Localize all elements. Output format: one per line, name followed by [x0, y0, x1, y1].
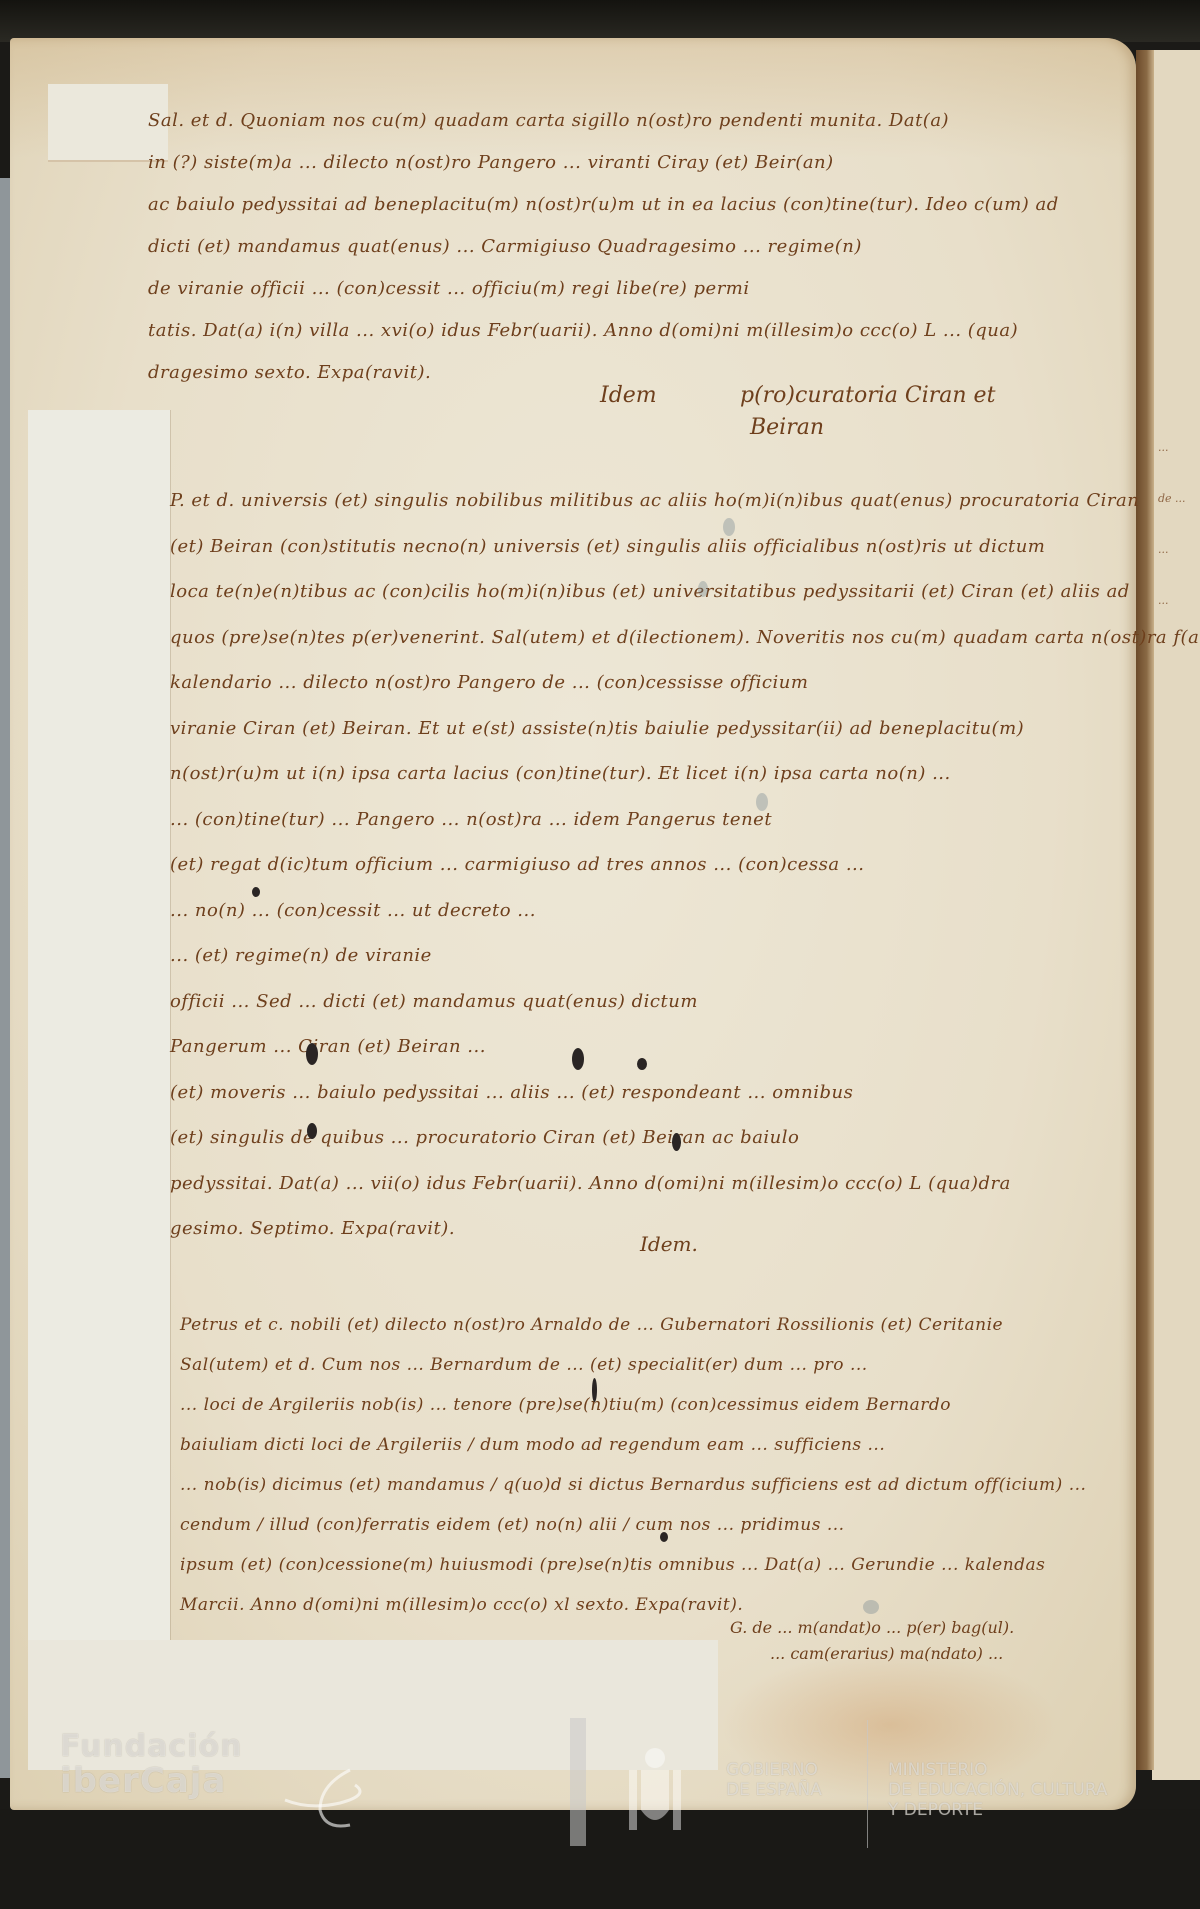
scanner-frame-bottom [0, 1809, 1200, 1909]
manuscript-line: officii ... Sed ... dicti (et) mandamus … [170, 979, 1110, 1025]
manuscript-entry-3: Petrus et c. nobili (et) dilecto n(ost)r… [180, 1305, 1110, 1625]
manuscript-line: Sal(utem) et d. Cum nos ... Bernardum de… [180, 1345, 1110, 1385]
manuscript-line: in (?) siste(m)a ... dilecto n(ost)ro Pa… [148, 142, 1098, 184]
manuscript-line: viranie Ciran (et) Beiran. Et ut e(st) a… [170, 706, 1110, 752]
adjacent-page [1152, 50, 1200, 1780]
ink-blot [660, 1532, 668, 1542]
book-gutter [1136, 50, 1154, 1770]
manuscript-line: tatis. Dat(a) i(n) villa ... xvi(o) idus… [148, 310, 1098, 352]
paper-repair-patch-left [28, 410, 170, 1650]
spain-coat-of-arms-icon [625, 1740, 685, 1840]
manuscript-line: kalendario ... dilecto n(ost)ro Pangero … [170, 660, 1110, 706]
manuscript-line: cendum / illud (con)ferratis eidem (et) … [180, 1505, 1110, 1545]
ink-blot [592, 1378, 597, 1402]
ink-blot [672, 1133, 681, 1151]
ink-blot [572, 1048, 584, 1070]
manuscript-line: Sal. et d. Quoniam nos cu(m) quadam cart… [148, 100, 1098, 142]
manuscript-line: pedyssitai. Dat(a) ... vii(o) idus Febr(… [170, 1161, 1110, 1207]
ink-blot [252, 887, 260, 897]
manuscript-line: ... (con)tine(tur) ... Pangero ... n(ost… [170, 797, 1110, 843]
manuscript-line: ... (et) regime(n) de viranie [170, 933, 1110, 979]
manuscript-line: Petrus et c. nobili (et) dilecto n(ost)r… [180, 1305, 1110, 1345]
fundacion-ibercaja-logo: Fundación iberCaja [60, 1730, 242, 1798]
manuscript-line: quos (pre)se(n)tes p(er)venerint. Sal(ut… [170, 615, 1110, 661]
manuscript-line: P. et d. universis (et) singulis nobilib… [170, 478, 1110, 524]
ink-blot [307, 1123, 317, 1139]
ink-blot [637, 1058, 647, 1070]
heading-prefix: Idem [600, 380, 657, 412]
scanner-frame-top [0, 0, 1200, 42]
spain-flag-bar-icon [570, 1718, 586, 1846]
manuscript-line: (et) regat d(ic)tum officium ... carmigi… [170, 842, 1110, 888]
ministerio-label: MINISTERIO DE EDUCACIÓN, CULTURA Y DEPOR… [888, 1760, 1108, 1820]
entry-heading-idem: Idem. [640, 1232, 698, 1256]
water-spot [863, 1600, 879, 1614]
manuscript-line: ... no(n) ... (con)cessit ... ut decreto… [170, 888, 1110, 934]
adjacent-page-margin-notes: ... de ... ... ... [1158, 405, 1200, 626]
manuscript-line: baiuliam dicti loci de Argileriis / dum … [180, 1425, 1110, 1465]
heading-main: p(ro)curatoria Ciran et [740, 380, 995, 412]
ink-blot [306, 1043, 318, 1065]
manuscript-line: dicti (et) mandamus quat(enus) ... Carmi… [148, 226, 1098, 268]
manuscript-line: (et) moveris ... baiulo pedyssitai ... a… [170, 1070, 1110, 1116]
scribe-signature: G. de ... m(andat)o ... p(er) bag(ul). .… [730, 1615, 1014, 1667]
manuscript-line: (et) Beiran (con)stitutis necno(n) unive… [170, 524, 1110, 570]
heading-second: Beiran [750, 412, 824, 444]
water-spot [698, 581, 708, 597]
manuscript-line: n(ost)r(u)m ut i(n) ipsa carta lacius (c… [170, 751, 1110, 797]
manuscript-line: ... loci de Argileriis nob(is) ... tenor… [180, 1385, 1110, 1425]
ibercaja-swirl-icon [280, 1765, 380, 1835]
water-spot [756, 793, 768, 811]
manuscript-line: de viranie officii ... (con)cessit ... o… [148, 268, 1098, 310]
gobierno-espana-label: GOBIERNO DE ESPAÑA [726, 1760, 822, 1800]
manuscript-entry-1: Sal. et d. Quoniam nos cu(m) quadam cart… [148, 100, 1098, 394]
manuscript-line: ac baiulo pedyssitai ad beneplacitu(m) n… [148, 184, 1098, 226]
signature-line: ... cam(erarius) ma(ndato) ... [730, 1641, 1014, 1667]
signature-line: G. de ... m(andat)o ... p(er) bag(ul). [730, 1615, 1014, 1641]
water-spot [723, 518, 735, 536]
logo-divider [867, 1720, 868, 1848]
manuscript-line: ... nob(is) dicimus (et) mandamus / q(uo… [180, 1465, 1110, 1505]
manuscript-line: ipsum (et) (con)cessione(m) huiusmodi (p… [180, 1545, 1110, 1585]
manuscript-line: loca te(n)e(n)tibus ac (con)cilis ho(m)i… [170, 569, 1110, 615]
